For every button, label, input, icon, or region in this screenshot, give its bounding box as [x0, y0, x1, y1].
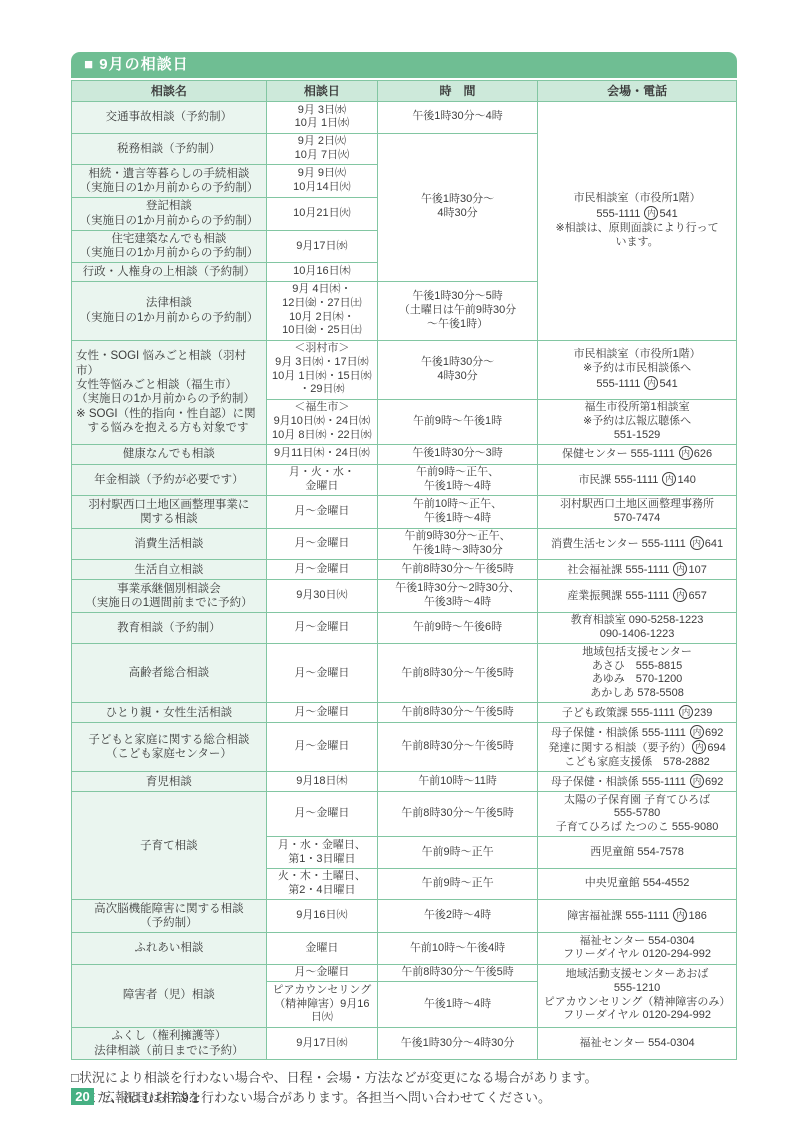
cell-venue-health: 保健センター 555-1111 内626: [538, 444, 737, 464]
table-row: 交通事故相談（予約制） 9月 3日㈬ 10月 1日㈬ 午後1時30分～4時 市民…: [72, 102, 737, 134]
cell-time-women-fussa: 午前9時～午後1時: [377, 399, 537, 444]
cell-name-administrative: 行政・人権身の上相談（予約制）: [72, 263, 267, 281]
cell-name-health: 健康なんでも相談: [72, 444, 267, 464]
newsletter-consultation-section: ■ 9月の相談日 相談名 相談日 時 間 会場・電話 交通事故相談（予約制） 9…: [71, 52, 737, 1107]
cell-time-welfare-legal: 午後1時30分～4時30分: [377, 1027, 537, 1060]
cell-name-business-succession: 事業承継個別相談会 （実施日の1週間前までに予約）: [72, 580, 267, 613]
cell-date-child-family: 月～金曜日: [266, 723, 377, 772]
table-row: ふれあい相談 金曜日 午前10時～午後4時 福祉センター 554-0304 フリ…: [72, 933, 737, 965]
cell-time-pension: 午前9時～正午、 午後1時～4時: [377, 464, 537, 496]
cell-date-self-reliance: 月～金曜日: [266, 560, 377, 580]
page-number-badge: 20: [71, 1088, 94, 1105]
cell-venue-disability: 地域活動支援センターあおば 555-1210 ピアカウンセリング（精神障害のみ）…: [538, 964, 737, 1027]
header-venue-phone: 会場・電話: [538, 81, 737, 102]
extension-circle-icon: 内: [690, 774, 704, 788]
cell-time-fureai: 午前10時～午後4時: [377, 933, 537, 965]
table-row: 高次脳機能障害に関する相談 （予約制） 9月16日㈫ 午後2時～4時 障害福祉課…: [72, 900, 737, 933]
cell-venue-consumer: 消費生活センター 555-1111 内641: [538, 528, 737, 560]
cell-date-women-hamura: ＜羽村市＞ 9月 3日㈬・17日㈬ 10月 1日㈬・15日㈬ ・29日㈬: [266, 340, 377, 399]
cell-name-housing: 住宅建築なんでも相談 （実施日の1か月前からの予約制）: [72, 230, 267, 263]
cell-name-station-land: 羽村駅西口土地区画整理事業に 関する相談: [72, 496, 267, 529]
table-row: 教育相談（予約制） 月～金曜日 午前9時～午後6時 教育相談室 090-5258…: [72, 612, 737, 644]
extension-circle-icon: 内: [690, 536, 704, 550]
cell-venue-single-parent: 子ども政策課 555-1111 内239: [538, 703, 737, 723]
table-row: 健康なんでも相談 9月11日㈭・24日㈬ 午後1時30分～3時 保健センター 5…: [72, 444, 737, 464]
cell-time-disability-b: 午後1時～4時: [377, 982, 537, 1027]
header-consultation-name: 相談名: [72, 81, 267, 102]
cell-date-education: 月～金曜日: [266, 612, 377, 644]
cell-venue-pension: 市民課 555-1111 内140: [538, 464, 737, 496]
table-row: ふくし（権利擁護等） 法律相談（前日までに予約） 9月17日㈬ 午後1時30分～…: [72, 1027, 737, 1060]
table-row: 子どもと家庭に関する総合相談 （こども家庭センター） 月～金曜日 午前8時30分…: [72, 723, 737, 772]
extension-circle-icon: 内: [673, 562, 687, 576]
cell-date-traffic-accident: 9月 3日㈬ 10月 1日㈬: [266, 102, 377, 134]
cell-name-parenting: 子育て相談: [72, 792, 267, 900]
cell-date-fureai: 金曜日: [266, 933, 377, 965]
cell-time-education: 午前9時～午後6時: [377, 612, 537, 644]
cell-name-inheritance: 相続・遺言等暮らしの手続相談 （実施日の1か月前からの予約制）: [72, 165, 267, 198]
cell-venue-civic-consultation-room: 市民相談室（市役所1階）555-1111 内541※相談は、原則面談により行って…: [538, 102, 737, 341]
page-footer: 20 広報はむら 7.9.1: [71, 1087, 200, 1106]
cell-venue-fureai: 福祉センター 554-0304 フリーダイヤル 0120-294-992: [538, 933, 737, 965]
cell-date-single-parent: 月～金曜日: [266, 703, 377, 723]
extension-circle-icon: 内: [644, 376, 658, 390]
cell-time-legal: 午後1時30分～5時 （土曜日は午前9時30分 ～午後1時）: [377, 281, 537, 340]
cell-date-parenting-c: 火・木・土曜日、 第2・4日曜日: [266, 868, 377, 900]
cell-name-child-family: 子どもと家庭に関する総合相談 （こども家庭センター）: [72, 723, 267, 772]
cell-name-consumer: 消費生活相談: [72, 528, 267, 560]
cell-time-childcare-infant: 午前10時～11時: [377, 772, 537, 792]
cell-time-parenting-b: 午前9時～正午: [377, 837, 537, 869]
cell-name-childcare-infant: 育児相談: [72, 772, 267, 792]
cell-date-health: 9月11日㈭・24日㈬: [266, 444, 377, 464]
publication-name: 広報はむら 7.9.1: [102, 1087, 200, 1106]
cell-name-disability: 障害者（児）相談: [72, 964, 267, 1027]
cell-time-disability-a: 午前8時30分～午後5時: [377, 964, 537, 982]
section-title: ■ 9月の相談日: [71, 52, 737, 78]
footnote-line: □状況により相談を行わない場合や、日程・会場・方法などが変更になる場合があります…: [71, 1068, 737, 1088]
table-row: 生活自立相談 月～金曜日 午前8時30分～午後5時 社会福祉課 555-1111…: [72, 560, 737, 580]
extension-circle-icon: 内: [673, 588, 687, 602]
cell-date-senior: 月～金曜日: [266, 644, 377, 703]
cell-time-parenting-c: 午前9時～正午: [377, 868, 537, 900]
cell-venue-parenting-a: 太陽の子保育園 子育てひろば 555-5780 子育てひろば たつのこ 555-…: [538, 792, 737, 837]
cell-venue-childcare-infant: 母子保健・相談係 555-1111 内692: [538, 772, 737, 792]
cell-time-traffic-accident: 午後1時30分～4時: [377, 102, 537, 134]
cell-name-senior: 高齢者総合相談: [72, 644, 267, 703]
cell-date-inheritance: 9月 9日㈫ 10月14日㈫: [266, 165, 377, 198]
table-row: 子育て相談 月～金曜日 午前8時30分～午後5時 太陽の子保育園 子育てひろば …: [72, 792, 737, 837]
cell-date-tax: 9月 2日㈫ 10月 7日㈫: [266, 133, 377, 165]
header-time: 時 間: [377, 81, 537, 102]
cell-time-weekday-afternoon: 午後1時30分～ 4時30分: [377, 133, 537, 281]
cell-date-parenting-a: 月～金曜日: [266, 792, 377, 837]
cell-venue-women-fussa: 福生市役所第1相談室 ※予約は広報広聴係へ 551-1529: [538, 399, 737, 444]
cell-name-education: 教育相談（予約制）: [72, 612, 267, 644]
extension-circle-icon: 内: [692, 740, 706, 754]
cell-venue-parenting-b: 西児童館 554-7578: [538, 837, 737, 869]
cell-name-traffic-accident: 交通事故相談（予約制）: [72, 102, 267, 134]
cell-name-self-reliance: 生活自立相談: [72, 560, 267, 580]
cell-venue-business-succession: 産業振興課 555-1111 内657: [538, 580, 737, 613]
cell-date-childcare-infant: 9月18日㈭: [266, 772, 377, 792]
cell-date-consumer: 月～金曜日: [266, 528, 377, 560]
cell-date-station-land: 月～金曜日: [266, 496, 377, 529]
cell-time-brain-dysfunction: 午後2時～4時: [377, 900, 537, 933]
cell-time-self-reliance: 午前8時30分～午後5時: [377, 560, 537, 580]
extension-circle-icon: 内: [644, 206, 658, 220]
table-row: 障害者（児）相談 月～金曜日 午前8時30分～午後5時 地域活動支援センターあお…: [72, 964, 737, 982]
cell-time-station-land: 午前10時～正午、 午後1時～4時: [377, 496, 537, 529]
cell-time-senior: 午前8時30分～午後5時: [377, 644, 537, 703]
cell-date-business-succession: 9月30日㈫: [266, 580, 377, 613]
cell-time-single-parent: 午前8時30分～午後5時: [377, 703, 537, 723]
cell-date-parenting-b: 月・水・金曜日、 第1・3日曜日: [266, 837, 377, 869]
cell-time-consumer: 午前9時30分～正午、 午後1時～3時30分: [377, 528, 537, 560]
extension-circle-icon: 内: [690, 725, 704, 739]
cell-venue-senior: 地域包括支援センター あさひ 555-8815 あゆみ 570-1200 あかし…: [538, 644, 737, 703]
extension-circle-icon: 内: [679, 705, 693, 719]
cell-date-women-fussa: ＜福生市＞ 9月10日㈬・24日㈬ 10月 8日㈬・22日㈬: [266, 399, 377, 444]
table-row: 消費生活相談 月～金曜日 午前9時30分～正午、 午後1時～3時30分 消費生活…: [72, 528, 737, 560]
table-row: 事業承継個別相談会 （実施日の1週間前までに予約） 9月30日㈫ 午後1時30分…: [72, 580, 737, 613]
cell-name-registration: 登記相談 （実施日の1か月前からの予約制）: [72, 197, 267, 230]
cell-name-legal: 法律相談 （実施日の1か月前からの予約制）: [72, 281, 267, 340]
cell-date-disability-a: 月～金曜日: [266, 964, 377, 982]
cell-date-disability-b: ピアカウンセリング （精神障害）9月16日㈫: [266, 982, 377, 1027]
header-consultation-date: 相談日: [266, 81, 377, 102]
cell-time-business-succession: 午後1時30分～2時30分、 午後3時～4時: [377, 580, 537, 613]
cell-name-single-parent: ひとり親・女性生活相談: [72, 703, 267, 723]
table-row: 女性・SOGI 悩みごと相談（羽村市） 女性等悩みごと相談（福生市） （実施日の…: [72, 340, 737, 399]
table-row: 羽村駅西口土地区画整理事業に 関する相談 月～金曜日 午前10時～正午、 午後1…: [72, 496, 737, 529]
cell-date-brain-dysfunction: 9月16日㈫: [266, 900, 377, 933]
cell-name-fureai: ふれあい相談: [72, 933, 267, 965]
cell-date-registration: 10月21日㈫: [266, 197, 377, 230]
cell-venue-brain-dysfunction: 障害福祉課 555-1111 内186: [538, 900, 737, 933]
cell-time-health: 午後1時30分～3時: [377, 444, 537, 464]
cell-date-legal: 9月 4日㈭・ 12日㈮・27日㈯ 10月 2日㈭・ 10日㈮・25日㈯: [266, 281, 377, 340]
cell-date-administrative: 10月16日㈭: [266, 263, 377, 281]
cell-time-women-hamura: 午後1時30分～ 4時30分: [377, 340, 537, 399]
cell-venue-welfare-legal: 福祉センター 554-0304: [538, 1027, 737, 1060]
extension-circle-icon: 内: [673, 908, 687, 922]
cell-venue-child-family: 母子保健・相談係 555-1111 内692発達に関する相談（要予約）内694こ…: [538, 723, 737, 772]
table-row: 育児相談 9月18日㈭ 午前10時～11時 母子保健・相談係 555-1111 …: [72, 772, 737, 792]
consultation-schedule-table: 相談名 相談日 時 間 会場・電話 交通事故相談（予約制） 9月 3日㈬ 10月…: [71, 80, 737, 1060]
table-row: 年金相談（予約が必要です） 月・火・水・ 金曜日 午前9時～正午、 午後1時～4…: [72, 464, 737, 496]
cell-name-brain-dysfunction: 高次脳機能障害に関する相談 （予約制）: [72, 900, 267, 933]
cell-venue-women-hamura: 市民相談室（市役所1階）※予約は市民相談係へ555-1111 内541: [538, 340, 737, 399]
cell-time-parenting-a: 午前8時30分～午後5時: [377, 792, 537, 837]
cell-name-tax: 税務相談（予約制）: [72, 133, 267, 165]
cell-venue-parenting-c: 中央児童館 554-4552: [538, 868, 737, 900]
table-row: 高齢者総合相談 月～金曜日 午前8時30分～午後5時 地域包括支援センター あさ…: [72, 644, 737, 703]
cell-name-welfare-legal: ふくし（権利擁護等） 法律相談（前日までに予約）: [72, 1027, 267, 1060]
cell-venue-education: 教育相談室 090-5258-1223 090-1406-1223: [538, 612, 737, 644]
cell-name-pension: 年金相談（予約が必要です）: [72, 464, 267, 496]
extension-circle-icon: 内: [662, 472, 676, 486]
cell-date-pension: 月・火・水・ 金曜日: [266, 464, 377, 496]
cell-date-housing: 9月17日㈬: [266, 230, 377, 263]
cell-venue-self-reliance: 社会福祉課 555-1111 内107: [538, 560, 737, 580]
cell-name-women-sogi: 女性・SOGI 悩みごと相談（羽村市） 女性等悩みごと相談（福生市） （実施日の…: [72, 340, 267, 444]
cell-date-welfare-legal: 9月17日㈬: [266, 1027, 377, 1060]
cell-time-child-family: 午前8時30分～午後5時: [377, 723, 537, 772]
table-header-row: 相談名 相談日 時 間 会場・電話: [72, 81, 737, 102]
cell-venue-station-land: 羽村駅西口土地区画整理事務所 570-7474: [538, 496, 737, 529]
extension-circle-icon: 内: [679, 446, 693, 460]
table-row: ひとり親・女性生活相談 月～金曜日 午前8時30分～午後5時 子ども政策課 55…: [72, 703, 737, 723]
